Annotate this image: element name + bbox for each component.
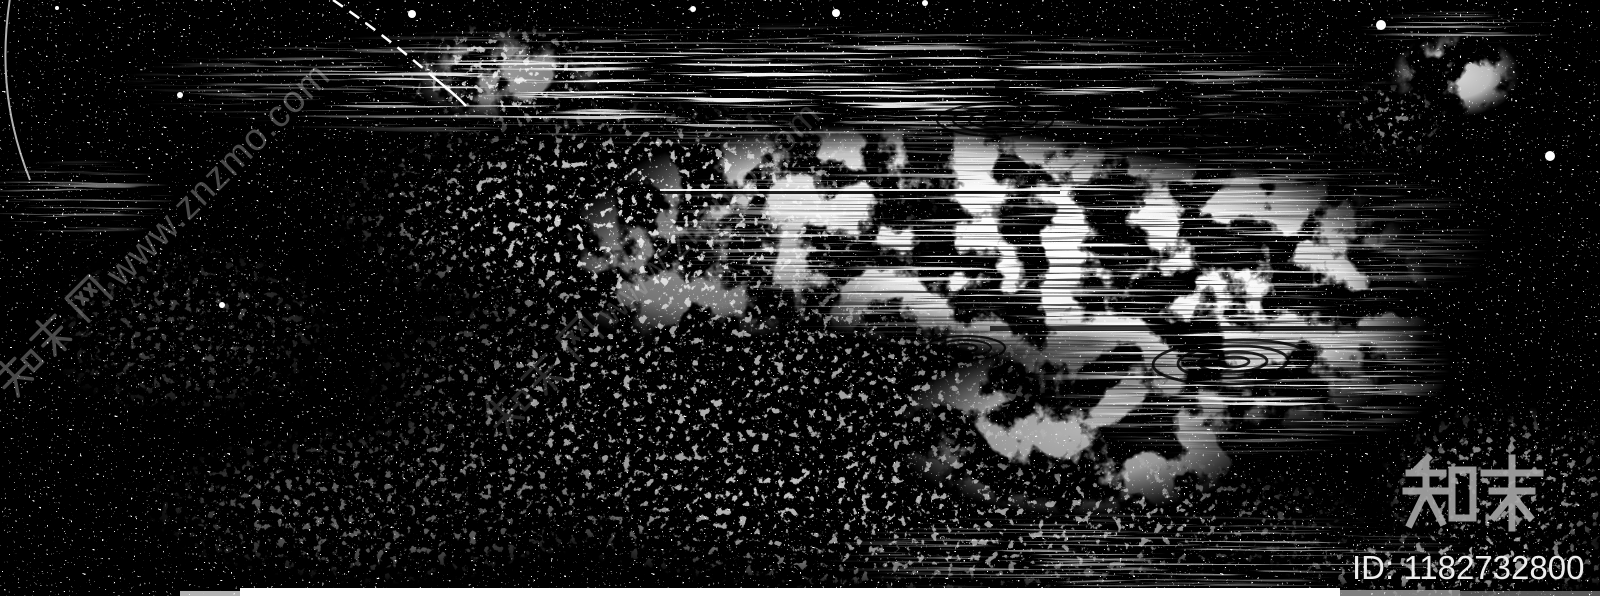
dark-grain-ripple xyxy=(0,0,1600,596)
texture-image: www.znzmo.com www.znzmo.com xyxy=(0,0,1600,596)
id-label: ID: 1182732800 xyxy=(1352,549,1584,586)
texture-canvas: www.znzmo.com www.znzmo.com xyxy=(0,0,1600,596)
